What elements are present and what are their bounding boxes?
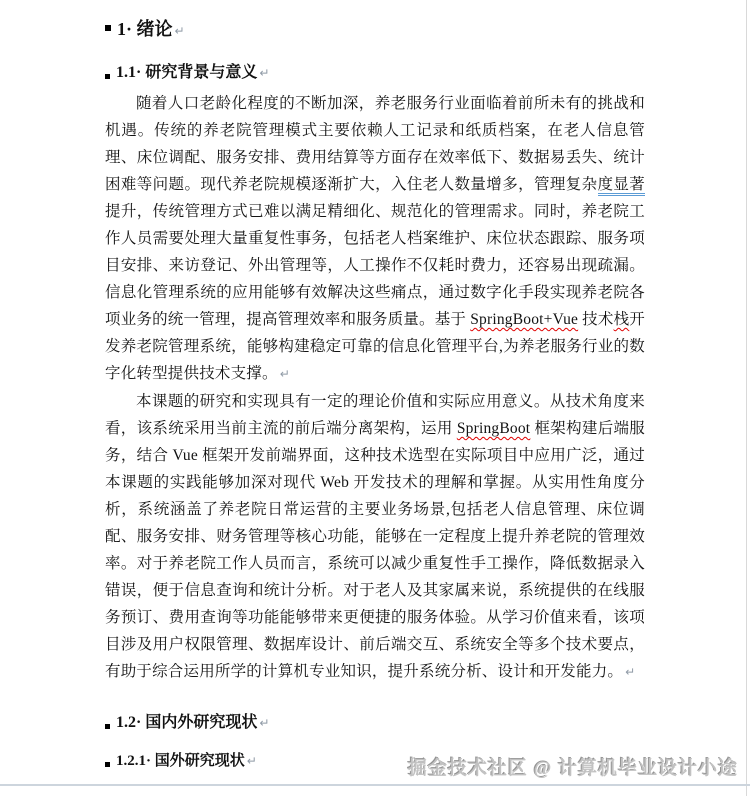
heading-1-1-background: 1.1· 研究背景与意义 ↵ (105, 62, 645, 84)
spell-error-segment: 栈 (614, 311, 630, 328)
heading-label: 1.1· 研究背景与意义 (116, 62, 257, 84)
watermark: 掘金技术社区 @ 计算机毕业设计小途 (408, 753, 738, 780)
heading-1-2-research-status: 1.2· 国内外研究现状 ↵ (105, 712, 645, 734)
spell-error-segment: SpringBoot (457, 420, 530, 437)
paragraph-mark-icon: ↵ (175, 18, 185, 44)
text-segment: 提升，传统管理方式已难以满足精细化、规范化的管理需求。同时，养老院工作人员需要处… (105, 203, 645, 328)
document-content: 1· 绪论 ↵ 1.1· 研究背景与意义 ↵ 随着人口老龄化程度的不断加深，养老… (105, 0, 645, 772)
outline-bullet-icon (105, 25, 111, 31)
paragraph-mark-icon: ↵ (247, 750, 257, 772)
text-segment: 随着人口老龄化程度的不断加深，养老服务行业面临着前所未有的挑战和机遇。传统的养老… (105, 95, 645, 193)
paragraph-mark-icon: ↵ (259, 62, 269, 84)
page-right-border (746, 0, 747, 796)
heading-label: 1.2· 国内外研究现状 (116, 712, 257, 734)
page-bottom-border (0, 784, 750, 786)
heading-1-introduction: 1· 绪论 ↵ (105, 16, 645, 44)
paragraph-significance: 本课题的研究和实现具有一定的理论价值和实际应用意义。从技术角度来看，该系统采用当… (105, 388, 645, 686)
grammar-error-segment: 度显著 (598, 176, 645, 196)
outline-bullet-icon (105, 74, 110, 79)
text-segment: 框架构建后端服务，结合 Vue 框架开发前端界面，这种技术选型在实际项目中应用广… (105, 420, 645, 680)
paragraph-mark-icon: ↵ (280, 367, 290, 381)
heading-label: 1.2.1· 国外研究现状 (116, 750, 245, 772)
paragraph-mark-icon: ↵ (259, 712, 269, 734)
paragraph-mark-icon: ↵ (625, 665, 635, 679)
text-segment: 技术 (578, 311, 613, 328)
heading-label: 1· 绪论 (117, 16, 173, 42)
outline-bullet-icon (105, 762, 110, 767)
document-page: 1· 绪论 ↵ 1.1· 研究背景与意义 ↵ 随着人口老龄化程度的不断加深，养老… (0, 0, 750, 796)
paragraph-background: 随着人口老龄化程度的不断加深，养老服务行业面临着前所未有的挑战和机遇。传统的养老… (105, 90, 645, 388)
outline-bullet-icon (105, 724, 110, 729)
spell-error-segment: SpringBoot+Vue (470, 311, 578, 328)
